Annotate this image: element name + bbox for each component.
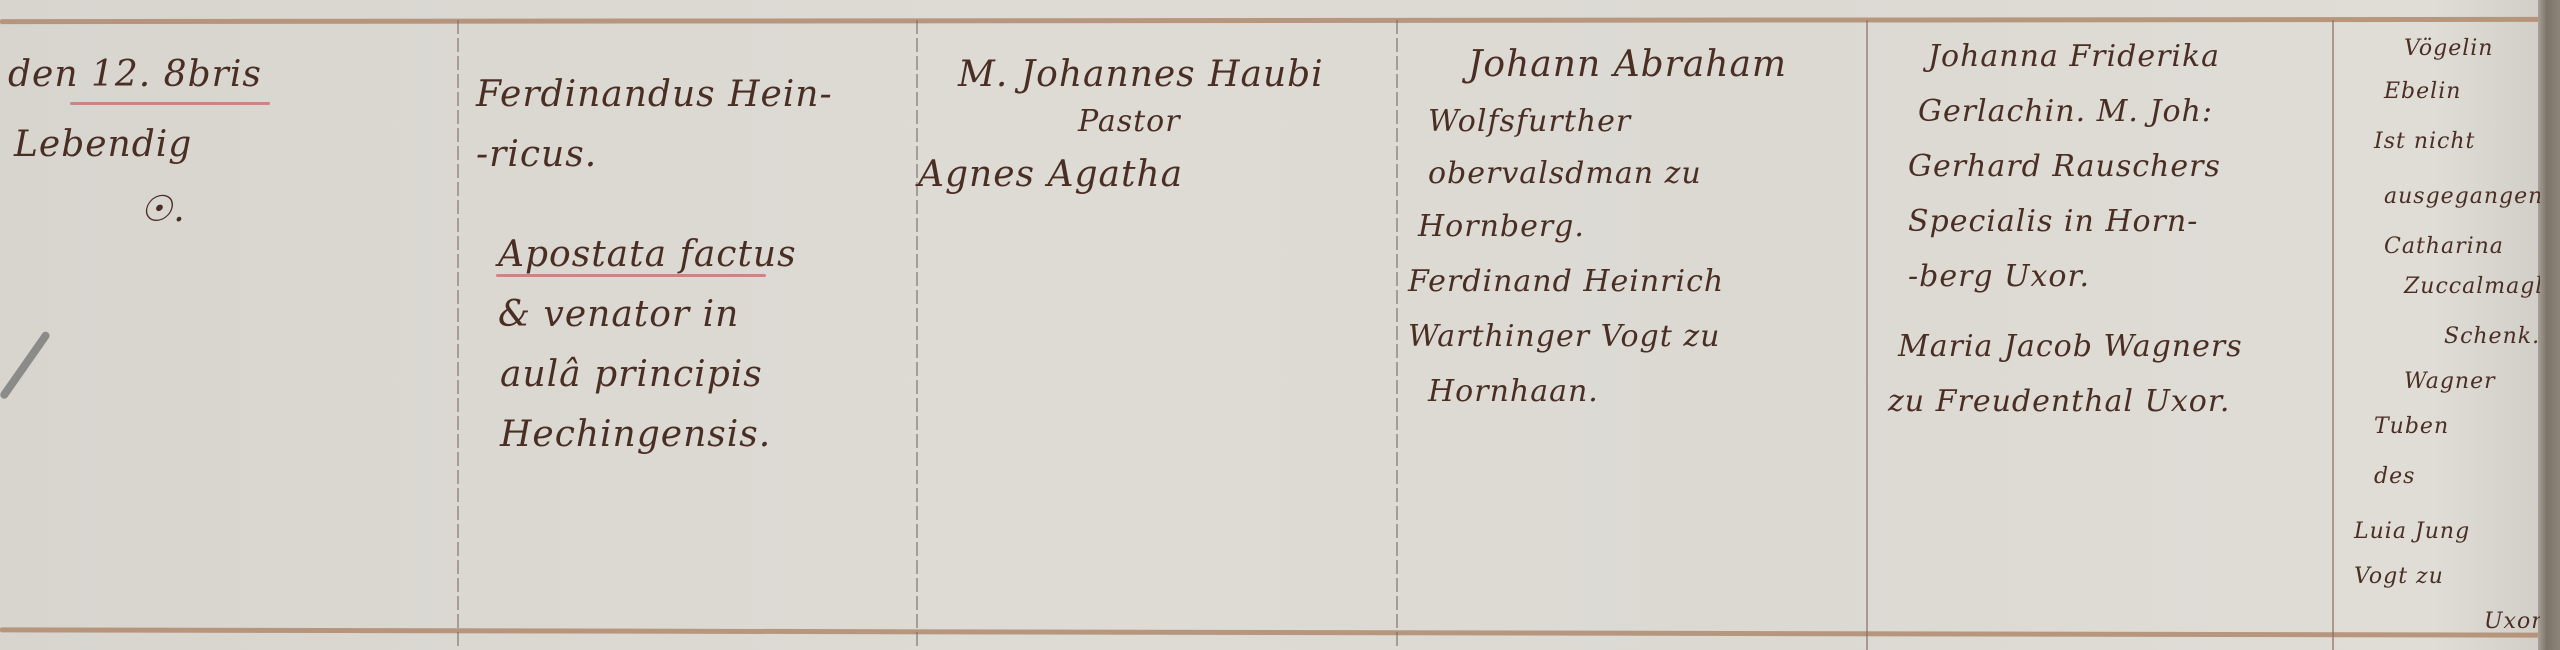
note-line-3: aulâ principis <box>500 354 763 395</box>
father-title: Pastor <box>1078 104 1181 139</box>
godfather-2-line-2: Warthinger Vogt zu <box>1408 319 1720 354</box>
column-child: Ferdinandus Hein- -ricus. Apostata factu… <box>458 24 916 630</box>
godmother-2-line-1: Maria Jacob Wagners <box>1898 329 2243 364</box>
godfather-1-line-4: Hornberg. <box>1418 209 1585 244</box>
godfather-1-line-3: obervalsdman zu <box>1428 156 1702 191</box>
child-name-line-2: -ricus. <box>476 134 597 175</box>
godfather-1-line-1: Johann Abraham <box>1468 44 1787 85</box>
godmother-1-line-5: -berg Uxor. <box>1908 259 2090 294</box>
godmother-1-line-3: Gerhard Rauschers <box>1908 149 2221 184</box>
godmother-1-line-4: Specialis in Horn- <box>1908 204 2198 239</box>
remark-line: des <box>2374 464 2415 489</box>
red-underline <box>496 274 766 277</box>
red-underline <box>70 102 270 105</box>
register-page: den 12. 8bris Lebendig ☉. Ferdinandus He… <box>0 0 2560 650</box>
godfather-2-line-1: Ferdinand Heinrich <box>1408 264 1724 299</box>
column-parents: M. Johannes Haubi Pastor Agnes Agatha <box>918 24 1396 630</box>
godfather-1-line-2: Wolfsfurther <box>1428 104 1631 139</box>
date-text: den 12. 8bris <box>8 54 262 95</box>
remark-line: Zuccalmaglio <box>2404 274 2540 299</box>
remark-line: ausgegangen <box>2384 184 2540 209</box>
godmother-1-line-2: Gerlachin. M. Joh: <box>1918 94 2213 129</box>
note-apostata: Apostata factus <box>498 234 797 275</box>
godmother-1-line-1: Johanna Friderika <box>1928 39 2220 74</box>
remark-line: Wagner <box>2404 369 2496 394</box>
remark-line: Schenk. Ha <box>2444 324 2540 349</box>
column-remarks: Vögelin Ebelin Ist nicht ausgegangen Cat… <box>2334 24 2540 630</box>
remark-line: Ist nicht <box>2374 129 2475 154</box>
column-godfathers: Johann Abraham Wolfsfurther obervalsdman… <box>1398 24 1866 630</box>
remark-line: Uxor. <box>2484 609 2540 630</box>
child-name-line-1: Ferdinandus Hein- <box>476 74 833 115</box>
status-text: Lebendig <box>14 124 192 165</box>
remark-line: Catharina <box>2384 234 2504 259</box>
godmother-2-line-2: zu Freudenthal Uxor. <box>1888 384 2230 419</box>
page-binding-edge <box>2538 0 2560 650</box>
mother-name: Agnes Agatha <box>918 154 1183 195</box>
column-date: den 12. 8bris Lebendig ☉. <box>0 24 457 630</box>
remark-line: Vogt zu <box>2354 564 2444 589</box>
sunday-symbol: ☉. <box>140 189 186 230</box>
remark-line: Luia Jung <box>2354 519 2470 544</box>
note-line-4: Hechingensis. <box>500 414 771 455</box>
column-godmothers: Johanna Friderika Gerlachin. M. Joh: Ger… <box>1868 24 2332 630</box>
note-line-2: & venator in <box>498 294 739 335</box>
remark-line: Ebelin <box>2384 79 2461 104</box>
godfather-2-line-3: Hornhaan. <box>1428 374 1599 409</box>
father-name: M. Johannes Haubi <box>958 54 1324 95</box>
remark-line: Tuben <box>2374 414 2449 439</box>
remark-line: Vögelin <box>2404 36 2493 61</box>
pencil-mark <box>0 330 51 400</box>
